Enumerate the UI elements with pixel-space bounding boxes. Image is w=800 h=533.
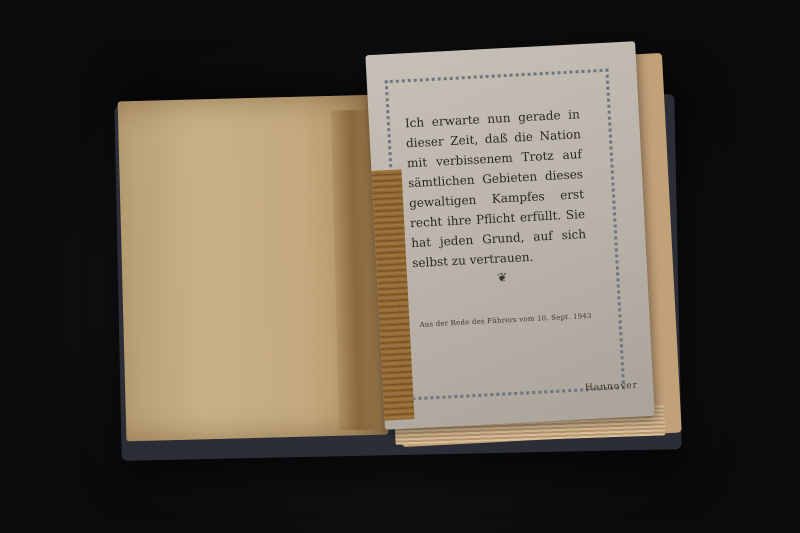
quotation-text: Ich erwarte nun gerade in dieser Zeit, d… xyxy=(404,104,587,273)
ornament-icon: ❦ xyxy=(497,270,508,285)
